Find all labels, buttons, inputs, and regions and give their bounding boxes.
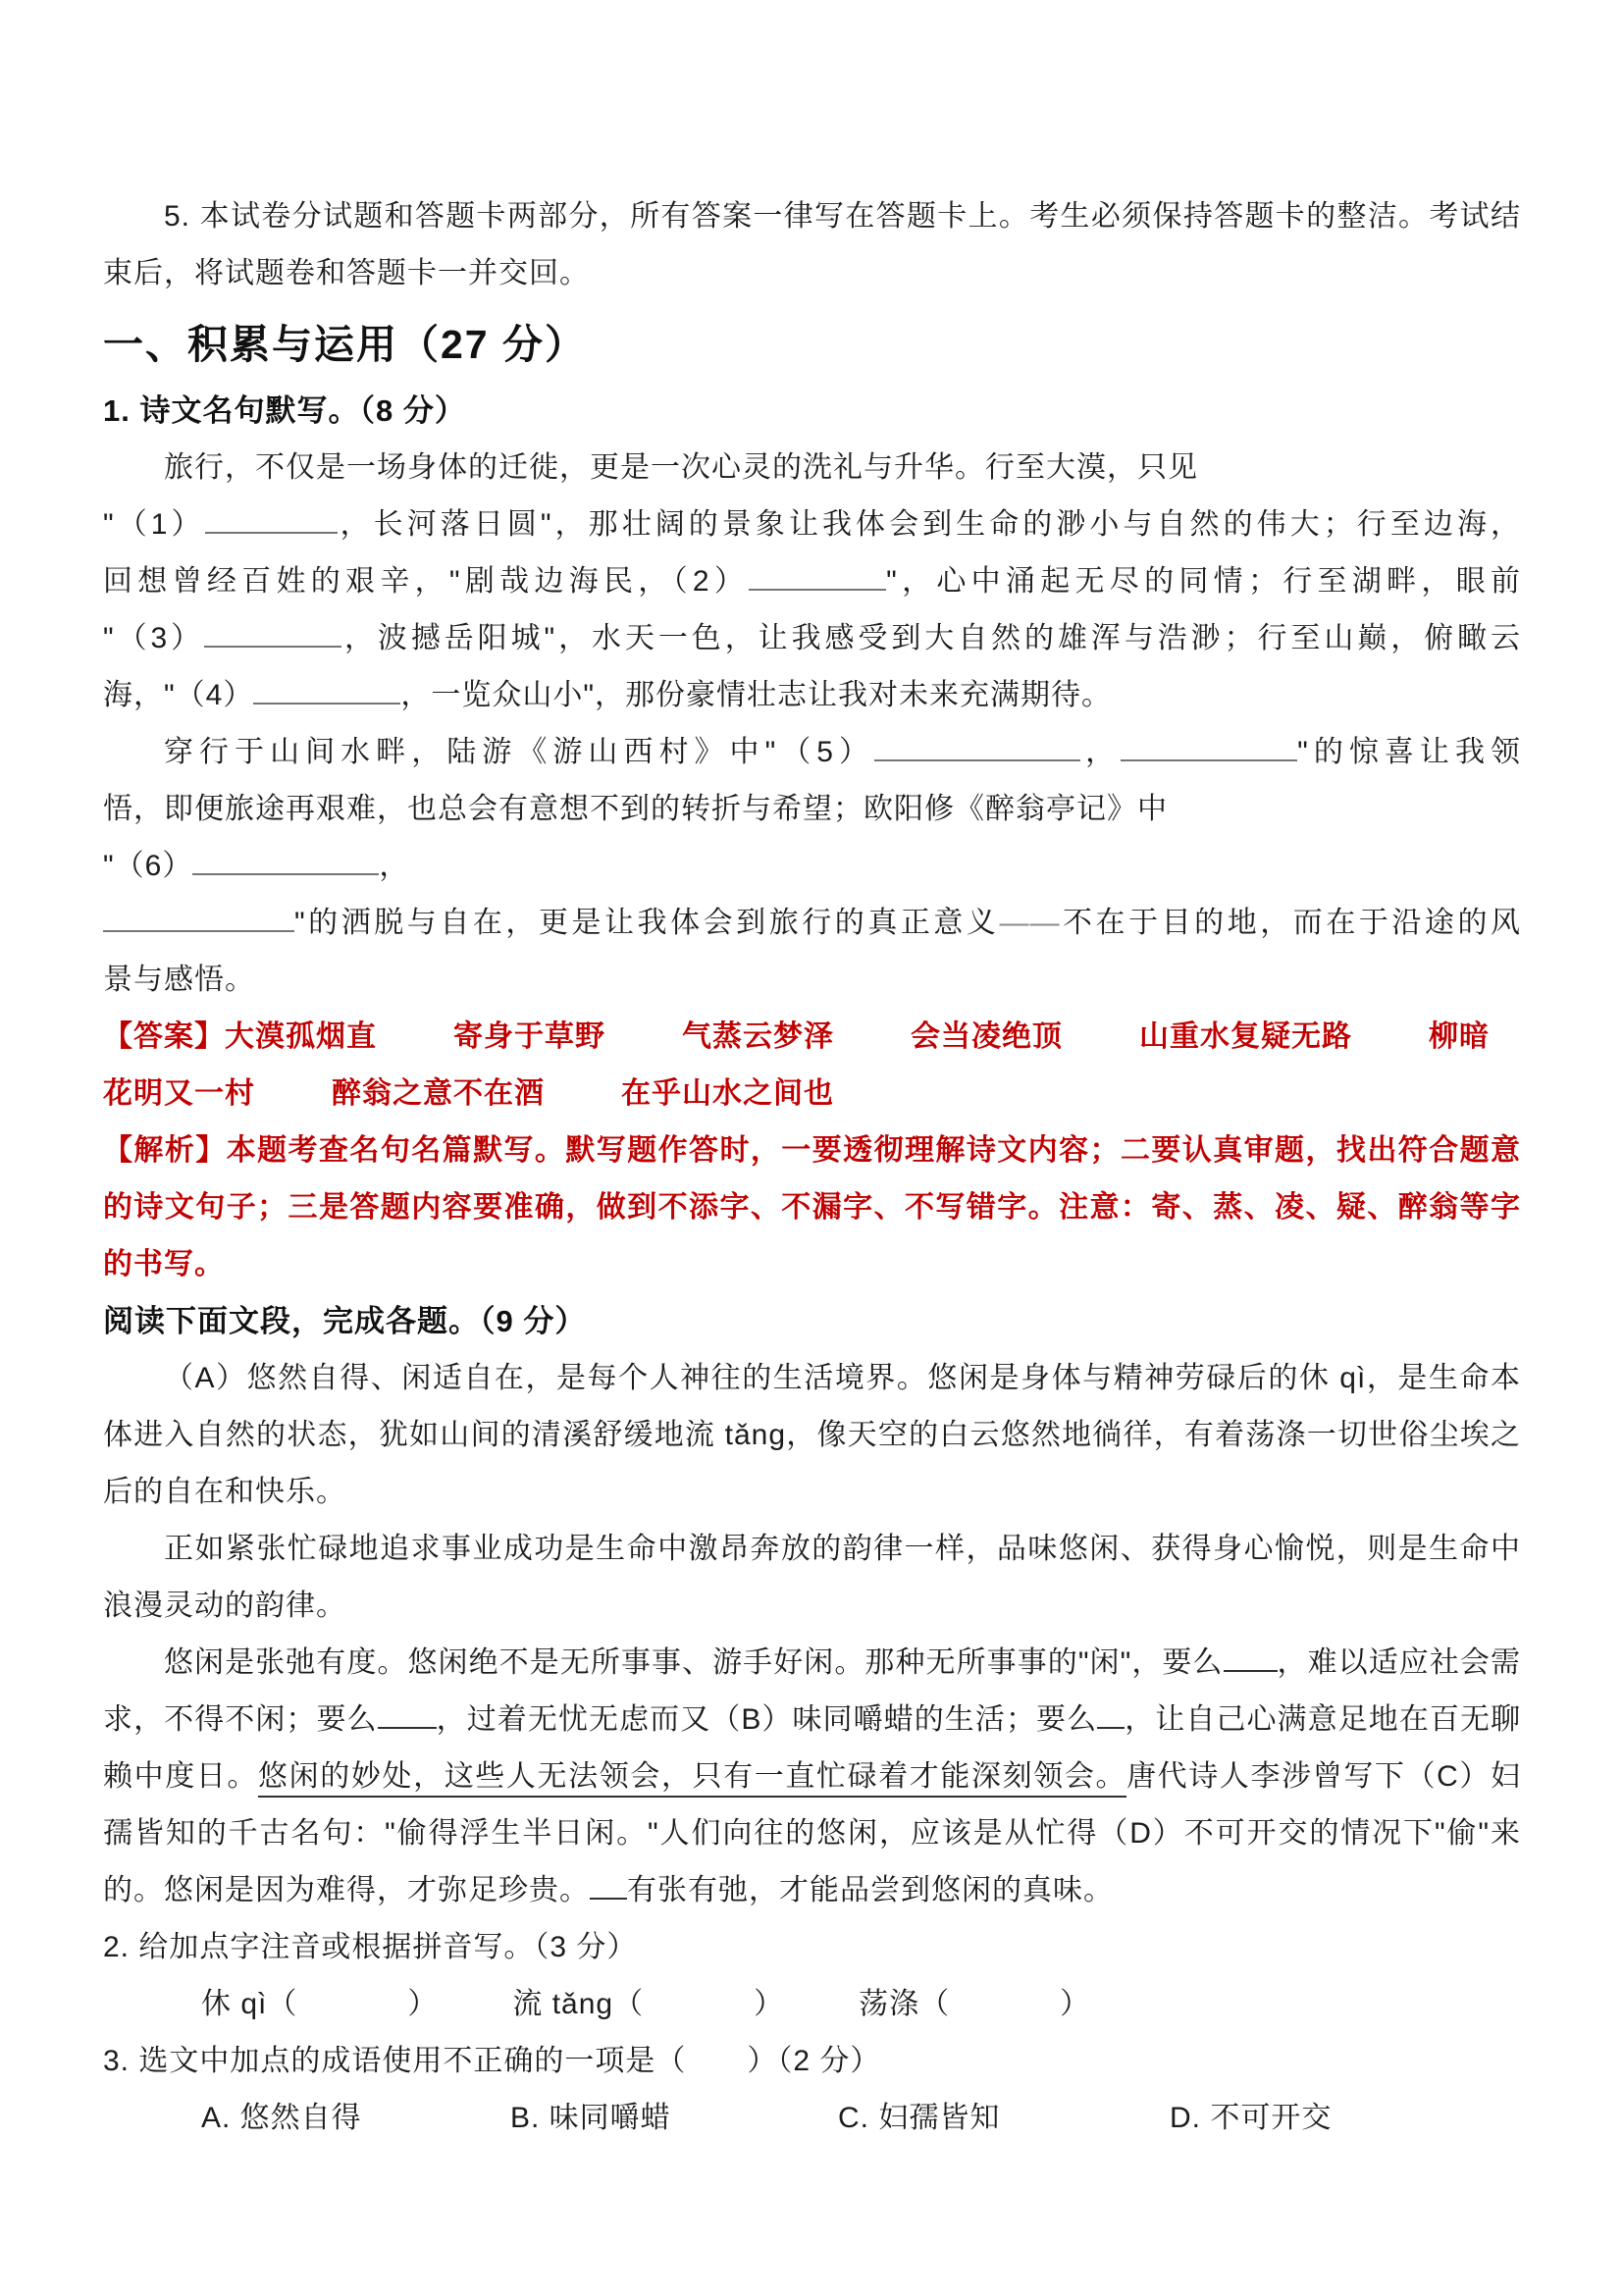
item-text: 流 tǎng [512,1988,613,2020]
passage-text: ，过着无忧无虑而又（B）味同嚼蜡的生活；要么 [437,1703,1098,1736]
q3-options-row: A. 悠然自得B. 味同嚼蜡C. 妇孺皆知D. 不可开交 [103,2090,1521,2147]
passage-text: "（3） [103,622,204,654]
answer-item: 在乎山水之间也 [621,1077,834,1110]
analysis-block: 【解析】本题考查名句名篇默写。默写题作答时，一要透彻理解诗文内容；二要认真审题，… [103,1122,1521,1293]
q1-passage-line-9: "的洒脱与自在，更是让我体会到旅行的真正意义——不在于目的地，而在于沿途的风 [103,895,1521,952]
passage-text: "的洒脱与自在，更是让我体会到旅行的真正意义 [294,907,999,939]
answer-item: 寄身于草野 [453,1020,605,1053]
underlined-sentence: 悠闲的妙处，这些人无法领会，只有一直忙碌着才能深刻领会。 [258,1760,1126,1798]
reading-heading: 阅读下面文段，完成各题。（9 分） [103,1293,1521,1350]
q2-items-row: 休 qì（）流 tǎng（）荡涤（） [103,1976,1521,2033]
fill-in-blank-4 [253,697,400,704]
fill-in-blank-5a [874,754,1080,761]
passage-text: 海，"（4） [103,679,253,711]
q1-heading: 1. 诗文名句默写。（8 分） [103,383,1521,440]
fill-in-blank-2 [749,583,886,591]
passage-text: "的惊喜让我领 [1297,736,1521,768]
q2-pinyin-item-1: 休 qì（） [201,1976,438,2033]
item-text: 荡涤 [859,1988,919,2020]
q1-passage-line-7: 悟，即便旅途再艰难，也总会有意想不到的转折与希望；欧阳修《醉翁亭记》中 [103,781,1521,838]
q3-option-a: A. 悠然自得 [201,2090,510,2147]
answer-item: 花明又一村 [103,1077,255,1110]
answer-block: 【答案】大漠孤烟直寄身于草野气蒸云梦泽会当凌绝顶山重水复疑无路柳暗 花明又一村醉… [103,1009,1521,1122]
paren-open: （ [267,1988,297,2020]
analysis-text: 本题考查名句名篇默写。默写题作答时，一要透彻理解诗文内容；二要认真审题，找出符合… [103,1134,1521,1280]
fill-in-blank-6a [192,867,379,875]
q2-pinyin-item-2: 流 tǎng（） [512,1976,784,2033]
passage-text: 回想曾经百姓的艰辛，"剧哉边海民，（2） [103,565,749,598]
passage-text: ，一览众山小"，那份豪情壮志让我对未来充满期待。 [400,679,1112,711]
passage-text: 悟，即便旅途再艰难，也总会有意想不到的转折与希望；欧阳修《醉翁亭记》中 [103,793,1168,825]
answer-line-2: 花明又一村醉翁之意不在酒在乎山水之间也 [103,1066,1521,1122]
passage-paragraph-2: 正如紧张忙碌地追求事业成功是生命中激昂奔放的韵律一样，品味悠闲、获得身心愉悦，则… [103,1521,1521,1635]
fill-in-blank-5b [1121,754,1297,761]
q1-passage-line-1: 旅行，不仅是一场身体的迁徙，更是一次心灵的洗礼与升华。行至大漠，只见 [103,440,1521,496]
q2-heading: 2. 给加点字注音或根据拼音写。（3 分） [103,1919,1521,1976]
fill-in-blank-6b [103,924,294,932]
passage-text: 悠闲是张弛有度。悠闲绝不是无所事事、游手好闲。那种无所事事的"闲"，要么 [164,1646,1224,1679]
passage-text: ，长河落日圆"，那壮阔的景象让我体会到生命的渺小与自然的伟大；行至边海， [338,508,1521,541]
q1-passage-line-6: 穿行于山间水畔，陆游《游山西村》中"（5），"的惊喜让我领 [103,724,1521,781]
fill-in-blank-1 [205,526,338,534]
passage-text: "，心中涌起无尽的同情；行至湖畔，眼前 [886,565,1521,598]
section-heading: 一、积累与运用（27 分） [103,310,1521,379]
short-blank-4 [590,1892,627,1900]
passage-text: 有张有弛，才能品尝到悠闲的真味。 [627,1874,1114,1906]
passage-text: ，波撼岳阳城"，水天一色，让我感受到大自然的雄浑与浩渺；行至山巅，俯瞰云 [341,622,1521,654]
q1-passage-line-4: "（3），波撼岳阳城"，水天一色，让我感受到大自然的雄浑与浩渺；行至山巅，俯瞰云 [103,610,1521,667]
paren-close: ） [407,1988,438,2020]
q2-pinyin-item-3: 荡涤（） [859,1976,1090,2033]
answer-label: 【答案】 [103,1020,225,1053]
paren-open: （ [919,1988,950,2020]
answer-item: 会当凌绝顶 [911,1020,1063,1053]
paren-open: （ [613,1988,644,2020]
q3-option-c: C. 妇孺皆知 [838,2090,1170,2147]
em-dash: —— [999,907,1060,939]
paren-close: ） [754,1988,784,2020]
passage-text: 景与感悟。 [103,964,255,996]
exam-notice: 5. 本试卷分试题和答题卡两部分，所有答案一律写在答题卡上。考生必须保持答题卡的… [103,188,1521,302]
passage-text: ， [379,850,409,882]
exam-page: 5. 本试卷分试题和答题卡两部分，所有答案一律写在答题卡上。考生必须保持答题卡的… [0,0,1623,2147]
paren-close: ） [1060,1988,1090,2020]
passage-text: ， [1080,736,1121,768]
analysis-label: 【解析】 [103,1134,227,1167]
q1-passage: 旅行，不仅是一场身体的迁徙，更是一次心灵的洗礼与升华。行至大漠，只见 "（1），… [103,440,1521,1009]
passage-paragraph-a: （A）悠然自得、闲适自在，是每个人神往的生活境界。悠闲是身体与精神劳碌后的休 q… [103,1350,1521,1521]
passage-text: "（6） [103,850,192,882]
item-text: 休 qì [201,1988,267,2020]
q1-passage-line-5: 海，"（4），一览众山小"，那份豪情壮志让我对未来充满期待。 [103,667,1521,724]
passage-text: "（1） [103,508,205,541]
passage-paragraph-3: 悠闲是张弛有度。悠闲绝不是无所事事、游手好闲。那种无所事事的"闲"，要么，难以适… [103,1635,1521,1919]
q3-option-d: D. 不可开交 [1170,2090,1332,2147]
answer-item: 醉翁之意不在酒 [332,1077,545,1110]
answer-item: 柳暗 [1429,1020,1490,1053]
fill-in-blank-3 [204,640,341,648]
q3-heading: 3. 选文中加点的成语使用不正确的一项是（ ）（2 分） [103,2033,1521,2090]
answer-item: 气蒸云梦泽 [682,1020,834,1053]
q1-passage-line-10: 景与感悟。 [103,952,1521,1009]
q1-passage-line-2: "（1），长河落日圆"，那壮阔的景象让我体会到生命的渺小与自然的伟大；行至边海， [103,496,1521,553]
answer-item: 山重水复疑无路 [1139,1020,1352,1053]
short-blank-2 [378,1721,437,1729]
q3-option-b: B. 味同嚼蜡 [510,2090,838,2147]
short-blank-1 [1224,1664,1278,1672]
passage-text: 不在于目的地，而在于沿途的风 [1060,907,1521,939]
answer-item: 大漠孤烟直 [225,1020,377,1053]
passage-text: 穿行于山间水畔，陆游《游山西村》中"（5） [164,736,874,768]
short-blank-3 [1097,1721,1125,1729]
q1-passage-line-8: "（6）， [103,838,1521,895]
passage-text: 旅行，不仅是一场身体的迁徙，更是一次心灵的洗礼与升华。行至大漠，只见 [164,451,1198,484]
q1-passage-line-3: 回想曾经百姓的艰辛，"剧哉边海民，（2）"，心中涌起无尽的同情；行至湖畔，眼前 [103,553,1521,610]
